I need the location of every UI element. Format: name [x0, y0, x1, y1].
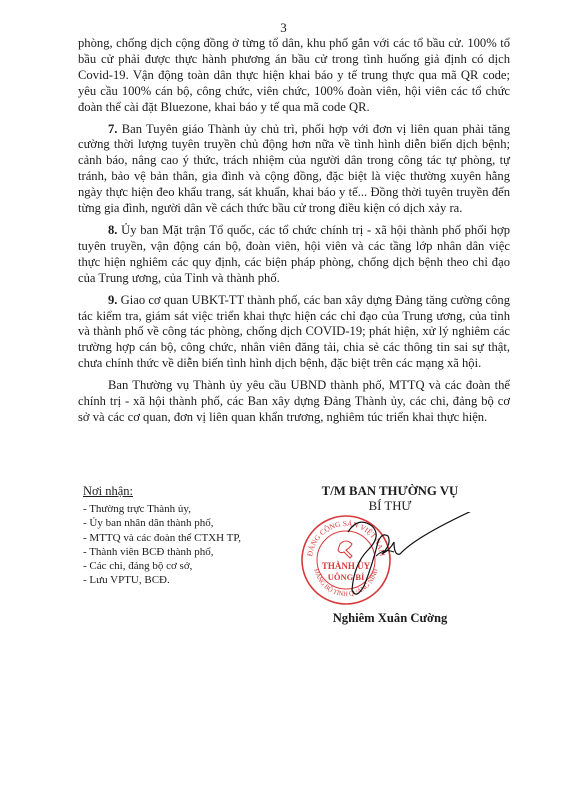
paragraph-item-8: 8. Ủy ban Mặt trận Tổ quốc, các tổ chức …: [78, 223, 510, 287]
paragraph-continuation: phòng, chống dịch cộng đồng ở từng tổ dâ…: [78, 36, 510, 116]
page-number: 3: [0, 20, 567, 36]
paragraph-text: phòng, chống dịch cộng đồng ở từng tổ dâ…: [78, 36, 510, 114]
recipient-item: - Thành viên BCĐ thành phố,: [83, 545, 241, 559]
paragraph-closing: Ban Thường vụ Thành ủy yêu cầu UBND thàn…: [78, 378, 510, 426]
paragraph-item-9: 9. Giao cơ quan UBKT-TT thành phố, các b…: [78, 293, 510, 373]
signer-title: T/M BAN THƯỜNG VỤ: [300, 484, 480, 499]
paragraph-text: Giao cơ quan UBKT-TT thành phố, các ban …: [78, 293, 510, 371]
recipient-item: - Ủy ban nhân dân thành phố,: [83, 516, 241, 530]
recipients-list: - Thường trực Thành ủy, - Ủy ban nhân dâ…: [83, 502, 241, 587]
document-footer: Nơi nhận: - Thường trực Thành ủy, - Ủy b…: [0, 484, 567, 684]
paragraph-text: Ban Tuyên giáo Thành ủy chủ trì, phối hợ…: [78, 122, 510, 216]
signature-icon: [340, 512, 510, 602]
paragraph-text: Ủy ban Mặt trận Tổ quốc, các tổ chức chí…: [78, 223, 510, 285]
recipient-item: - Thường trực Thành ủy,: [83, 502, 241, 516]
recipient-item: - Lưu VPTU, BCĐ.: [83, 573, 241, 587]
recipient-item: - Các chi, đảng bộ cơ sở,: [83, 559, 241, 573]
paragraph-item-7: 7. Ban Tuyên giáo Thành ủy chủ trì, phối…: [78, 122, 510, 217]
recipients-heading: Nơi nhận:: [83, 484, 241, 498]
paragraph-text: Ban Thường vụ Thành ủy yêu cầu UBND thàn…: [78, 378, 510, 424]
document-body: phòng, chống dịch cộng đồng ở từng tổ dâ…: [78, 36, 510, 432]
recipient-item: - MTTQ và các đoàn thể CTXH TP,: [83, 531, 241, 545]
signer-block: T/M BAN THƯỜNG VỤ BÍ THƯ: [300, 484, 480, 514]
recipients-block: Nơi nhận: - Thường trực Thành ủy, - Ủy b…: [83, 484, 241, 587]
signer-name: Nghiêm Xuân Cường: [300, 611, 480, 626]
